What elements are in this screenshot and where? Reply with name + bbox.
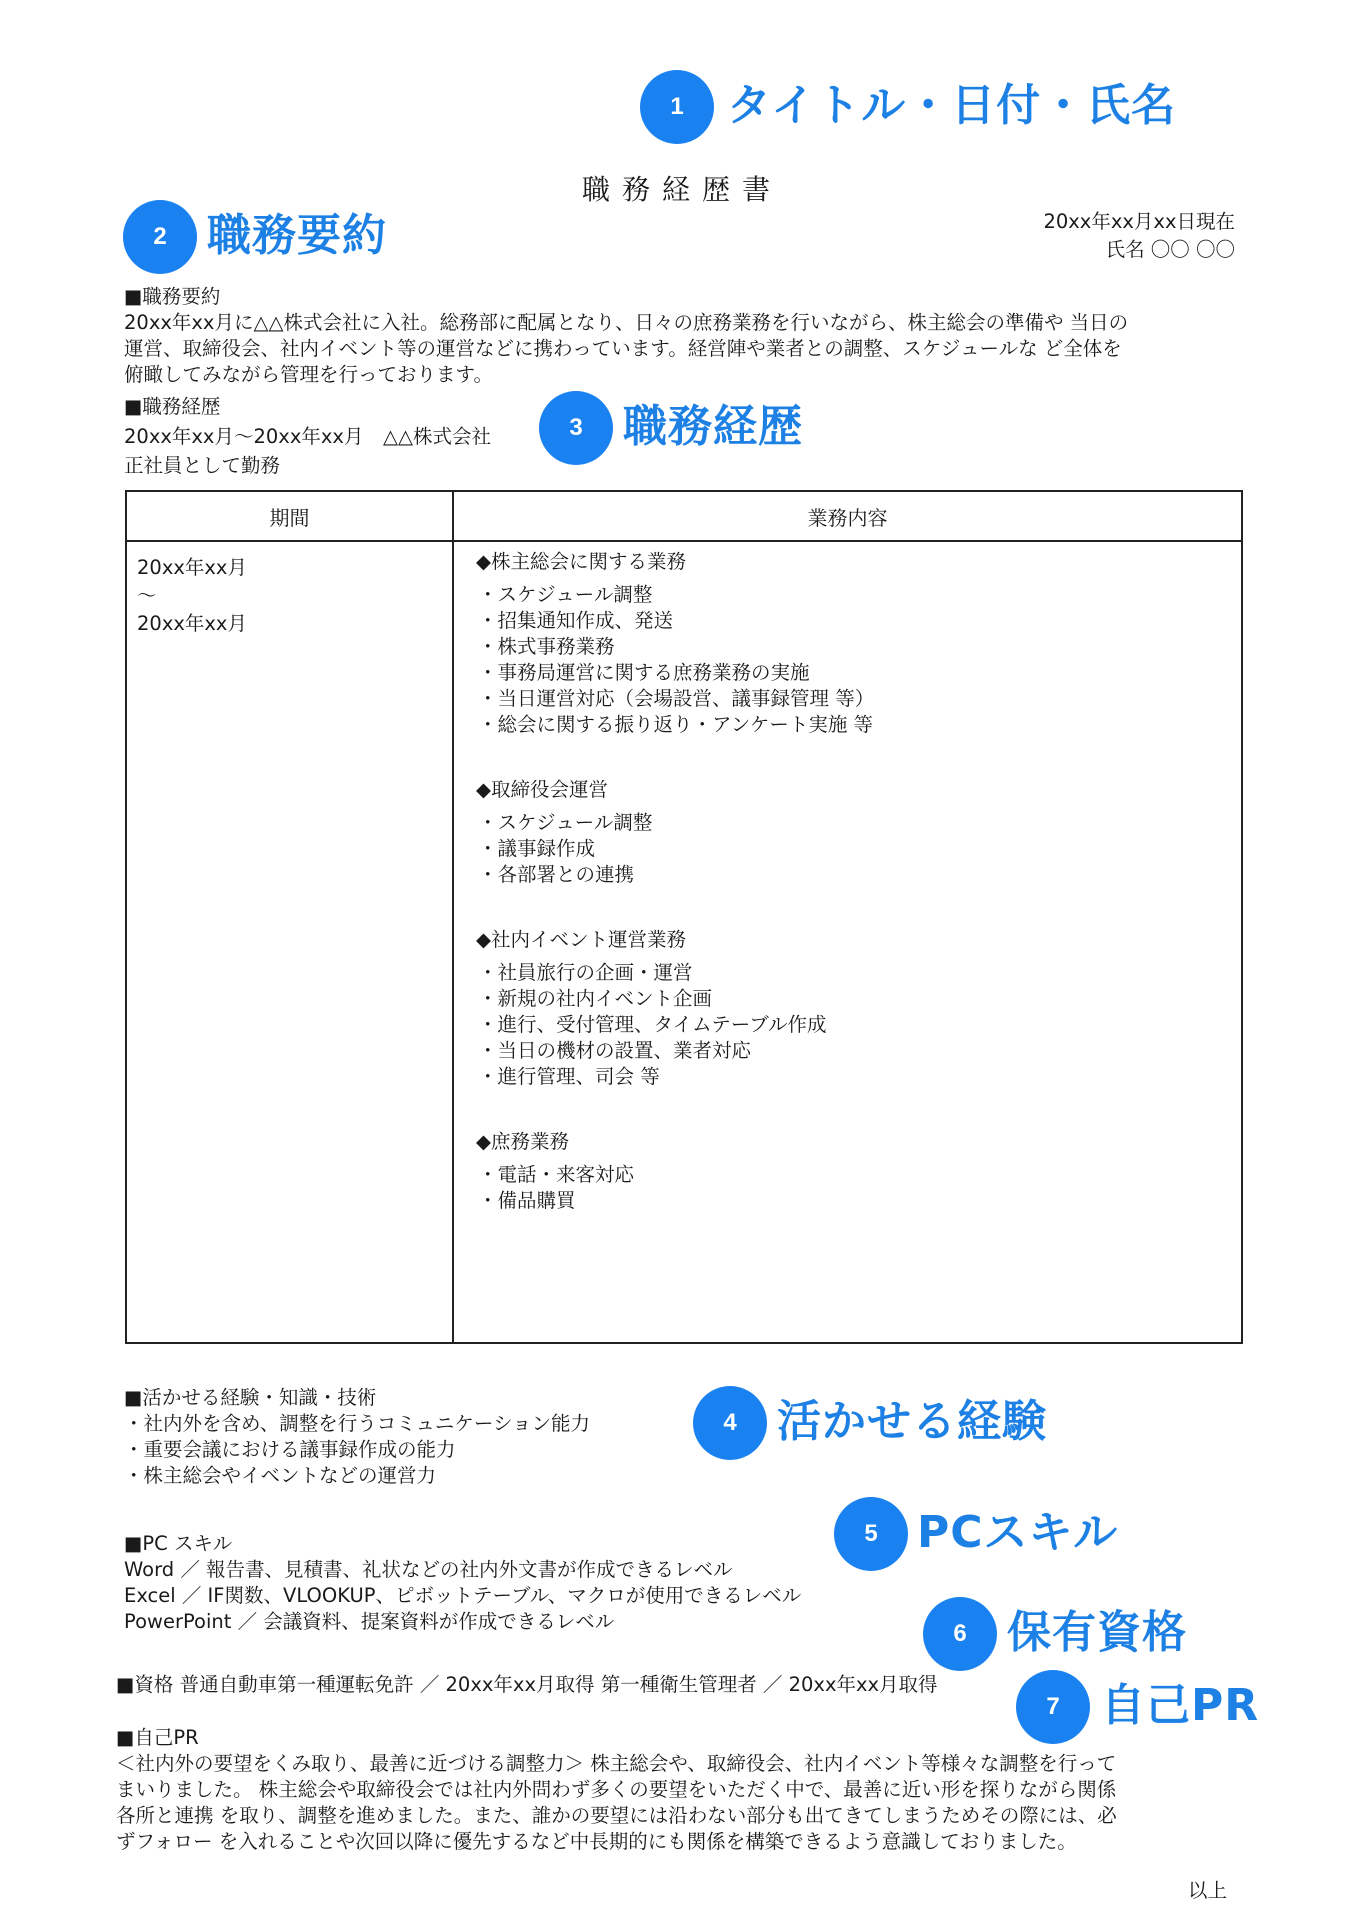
document-title: 職務経歴書 xyxy=(582,168,782,208)
duty-item: ・招集通知作成、発送 xyxy=(478,608,1217,634)
summary-line: 20xx年xx月に△△株式会社に入社。総務部に配属となり、日々の庶務業務を行いな… xyxy=(124,310,1128,336)
badge-4: 4 xyxy=(693,1386,767,1460)
self-pr-line: まいりました。 株主総会や取締役会では社内外問わず多くの要望をいただく中で、最善… xyxy=(116,1777,1116,1803)
pc-skill-item: Excel ／ IF関数、VLOOKUP、ピボットテーブル、マクロが使用できるレ… xyxy=(124,1583,801,1609)
period-end: 20xx年xx月 xyxy=(137,610,442,638)
badge-2: 2 xyxy=(123,200,197,274)
period-tilde: 〜 xyxy=(137,582,442,610)
duty-item: ・新規の社内イベント企画 xyxy=(478,986,1217,1012)
badge-1: 1 xyxy=(640,70,714,144)
duty-item: ・スケジュール調整 xyxy=(478,582,1217,608)
badge-label-summary: 職務要約 xyxy=(207,214,387,258)
duty-group-title: ◆庶務業務 xyxy=(476,1128,1217,1156)
badge-label-experience: 活かせる経験 xyxy=(777,1400,1047,1444)
duty-group: ◆庶務業務 ・電話・来客対応 ・備品購買 xyxy=(478,1128,1217,1214)
self-pr-heading: ■自己PR xyxy=(116,1725,199,1751)
column-header-period: 期間 xyxy=(126,491,453,541)
duty-item: ・スケジュール調整 xyxy=(478,810,1217,836)
duty-item: ・当日運営対応（会場設営、議事録管理 等） xyxy=(478,686,1217,712)
self-pr-line: 各所と連携 を取り、調整を進めました。また、誰かの要望には沿わない部分も出てきて… xyxy=(116,1803,1117,1829)
duty-item: ・議事録作成 xyxy=(478,836,1217,862)
badge-5: 5 xyxy=(834,1497,908,1571)
self-pr-line: ＜社内外の要望をくみ取り、最善に近づける調整力＞ 株主総会や、取締役会、社内イベ… xyxy=(116,1751,1116,1777)
pc-skills-heading: ■PC スキル xyxy=(124,1531,232,1557)
applicant-name: 氏名 〇〇 〇〇 xyxy=(1106,237,1235,263)
career-employment: 正社員として勤務 xyxy=(124,453,280,479)
duty-group-title: ◆株主総会に関する業務 xyxy=(476,548,1217,576)
duty-item: ・各部署との連携 xyxy=(478,862,1217,888)
summary-heading: ■職務要約 xyxy=(124,284,220,310)
career-heading: ■職務経歴 xyxy=(124,394,220,420)
duty-group: ◆株主総会に関する業務 ・スケジュール調整 ・招集通知作成、発送 ・株式事務業務… xyxy=(478,548,1217,738)
table-row: 20xx年xx月 〜 20xx年xx月 ◆株主総会に関する業務 ・スケジュール調… xyxy=(126,541,1242,1343)
duty-item: ・総会に関する振り返り・アンケート実施 等 xyxy=(478,712,1217,738)
career-table: 期間 業務内容 20xx年xx月 〜 20xx年xx月 ◆株主総会に関する業務 … xyxy=(125,490,1243,1344)
pc-skill-item: Word ／ 報告書、見積書、礼状などの社内外文書が作成できるレベル xyxy=(124,1557,733,1583)
skills-heading: ■活かせる経験・知識・技術 xyxy=(124,1385,376,1411)
duty-group-title: ◆取締役会運営 xyxy=(476,776,1217,804)
duty-item: ・事務局運営に関する庶務業務の実施 xyxy=(478,660,1217,686)
skill-item: ・株主総会やイベントなどの運営力 xyxy=(124,1463,436,1489)
duty-item: ・株式事務業務 xyxy=(478,634,1217,660)
duty-group: ◆社内イベント運営業務 ・社員旅行の企画・運営 ・新規の社内イベント企画 ・進行… xyxy=(478,926,1217,1090)
pc-skill-item: PowerPoint ／ 会議資料、提案資料が作成できるレベル xyxy=(124,1609,614,1635)
career-period-company: 20xx年xx月〜20xx年xx月 △△株式会社 xyxy=(124,424,491,450)
badge-7: 7 xyxy=(1016,1670,1090,1744)
closing-text: 以上 xyxy=(1188,1878,1227,1904)
duty-item: ・進行管理、司会 等 xyxy=(478,1064,1217,1090)
duty-item: ・当日の機材の設置、業者対応 xyxy=(478,1038,1217,1064)
duty-item: ・進行、受付管理、タイムテーブル作成 xyxy=(478,1012,1217,1038)
content-cell: ◆株主総会に関する業務 ・スケジュール調整 ・招集通知作成、発送 ・株式事務業務… xyxy=(453,541,1242,1343)
qualifications-line: ■資格 普通自動車第一種運転免許 ／ 20xx年xx月取得 第一種衛生管理者 ／… xyxy=(116,1672,938,1698)
period-cell: 20xx年xx月 〜 20xx年xx月 xyxy=(126,541,453,1343)
duty-group: ◆取締役会運営 ・スケジュール調整 ・議事録作成 ・各部署との連携 xyxy=(478,776,1217,888)
duty-item: ・備品購買 xyxy=(478,1188,1217,1214)
badge-label-self-pr: 自己PR xyxy=(1101,1684,1259,1728)
badge-label-qualifications: 保有資格 xyxy=(1007,1611,1187,1655)
column-header-content: 業務内容 xyxy=(453,491,1242,541)
date-current: 20xx年xx月xx日現在 xyxy=(1043,209,1235,235)
summary-line: 運営、取締役会、社内イベント等の運営などに携わっています。経営陣や業者との調整、… xyxy=(124,336,1122,362)
badge-6: 6 xyxy=(923,1597,997,1671)
badge-label-title-date-name: タイトル・日付・氏名 xyxy=(727,84,1176,128)
badge-label-career: 職務経歴 xyxy=(623,405,803,449)
period-start: 20xx年xx月 xyxy=(137,554,442,582)
skill-item: ・社内外を含め、調整を行うコミュニケーション能力 xyxy=(124,1411,590,1437)
self-pr-line: ずフォロー を入れることや次回以降に優先するなど中長期的にも関係を構築できるよう… xyxy=(116,1829,1077,1855)
duty-item: ・社員旅行の企画・運営 xyxy=(478,960,1217,986)
skill-item: ・重要会議における議事録作成の能力 xyxy=(124,1437,456,1463)
badge-label-pc-skills: PCスキル xyxy=(917,1511,1118,1555)
duty-item: ・電話・来客対応 xyxy=(478,1162,1217,1188)
badge-3: 3 xyxy=(539,391,613,465)
summary-line: 俯瞰してみながら管理を行っております。 xyxy=(124,362,493,388)
duty-group-title: ◆社内イベント運営業務 xyxy=(476,926,1217,954)
